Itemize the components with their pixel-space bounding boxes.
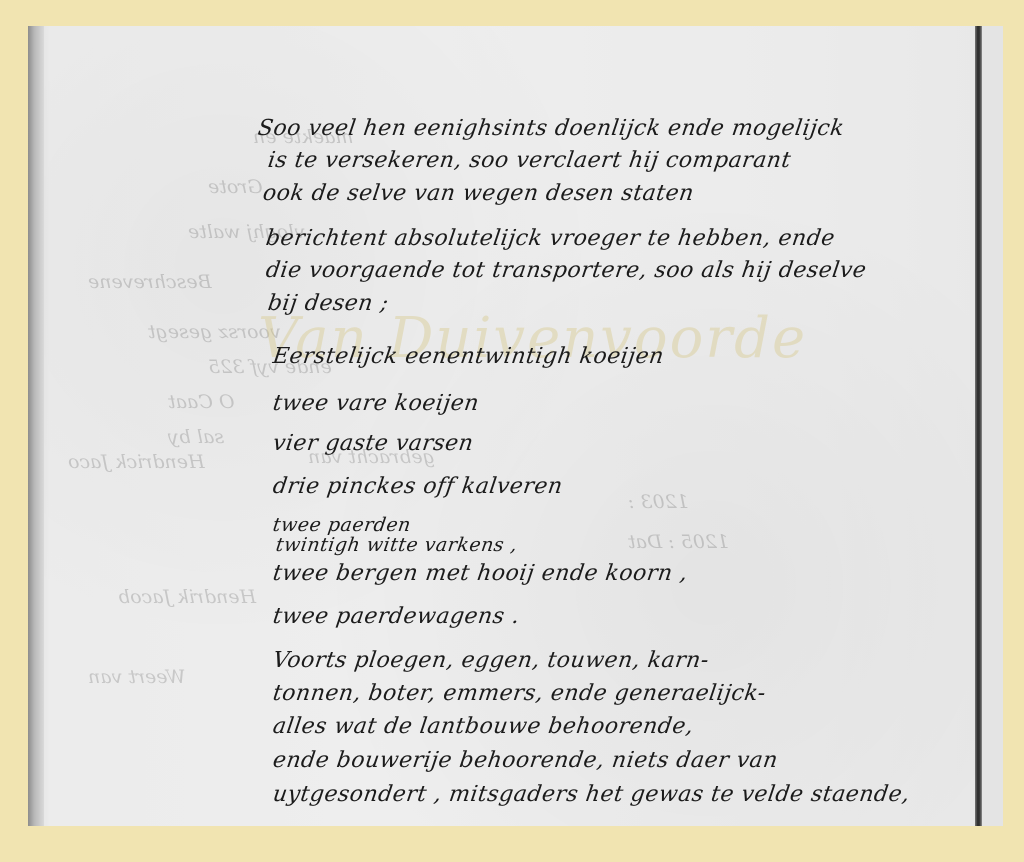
manuscript-line: ende bouwerije behoorende, niets daer va… xyxy=(271,748,779,773)
manuscript-line: uytgesondert , mitsgaders het gewas te v… xyxy=(271,782,911,807)
manuscript-line: twee vare koeijen xyxy=(271,391,480,416)
manuscript-line: twee paerden xyxy=(271,514,412,536)
manuscript-line: drie pinckes off kalveren xyxy=(271,474,564,499)
manuscript-line: Voorts ploegen, eggen, touwen, karn- xyxy=(271,648,710,673)
handwritten-text-block: Soo veel hen eenighsints doenlijck ende … xyxy=(28,26,1003,826)
manuscript-line: Soo veel hen eenighsints doenlijck ende … xyxy=(256,116,846,141)
manuscript-page: maekte en Grote vloghj walte Beschrevene… xyxy=(28,26,1003,826)
manuscript-line: twee paerdewagens . xyxy=(271,604,521,629)
manuscript-line: ook de selve van wegen desen staten xyxy=(261,181,695,206)
manuscript-line: berichtent absolutelijck vroeger te hebb… xyxy=(264,226,836,251)
manuscript-line: die voorgaende tot transportere, soo als… xyxy=(264,258,868,283)
manuscript-line: twintigh witte varkens , xyxy=(274,534,518,556)
manuscript-line: bij desen ; xyxy=(266,291,390,316)
manuscript-line: twee bergen met hooij ende koorn , xyxy=(271,561,689,586)
manuscript-line: vier gaste varsen xyxy=(271,431,475,456)
manuscript-line: Eerstelijck eenentwintigh koeijen xyxy=(271,344,665,369)
manuscript-line: is te versekeren, soo verclaert hij comp… xyxy=(266,148,792,173)
manuscript-line: alles wat de lantbouwe behoorende, xyxy=(271,714,695,739)
manuscript-line: tonnen, boter, emmers, ende generaelijck… xyxy=(271,681,767,706)
